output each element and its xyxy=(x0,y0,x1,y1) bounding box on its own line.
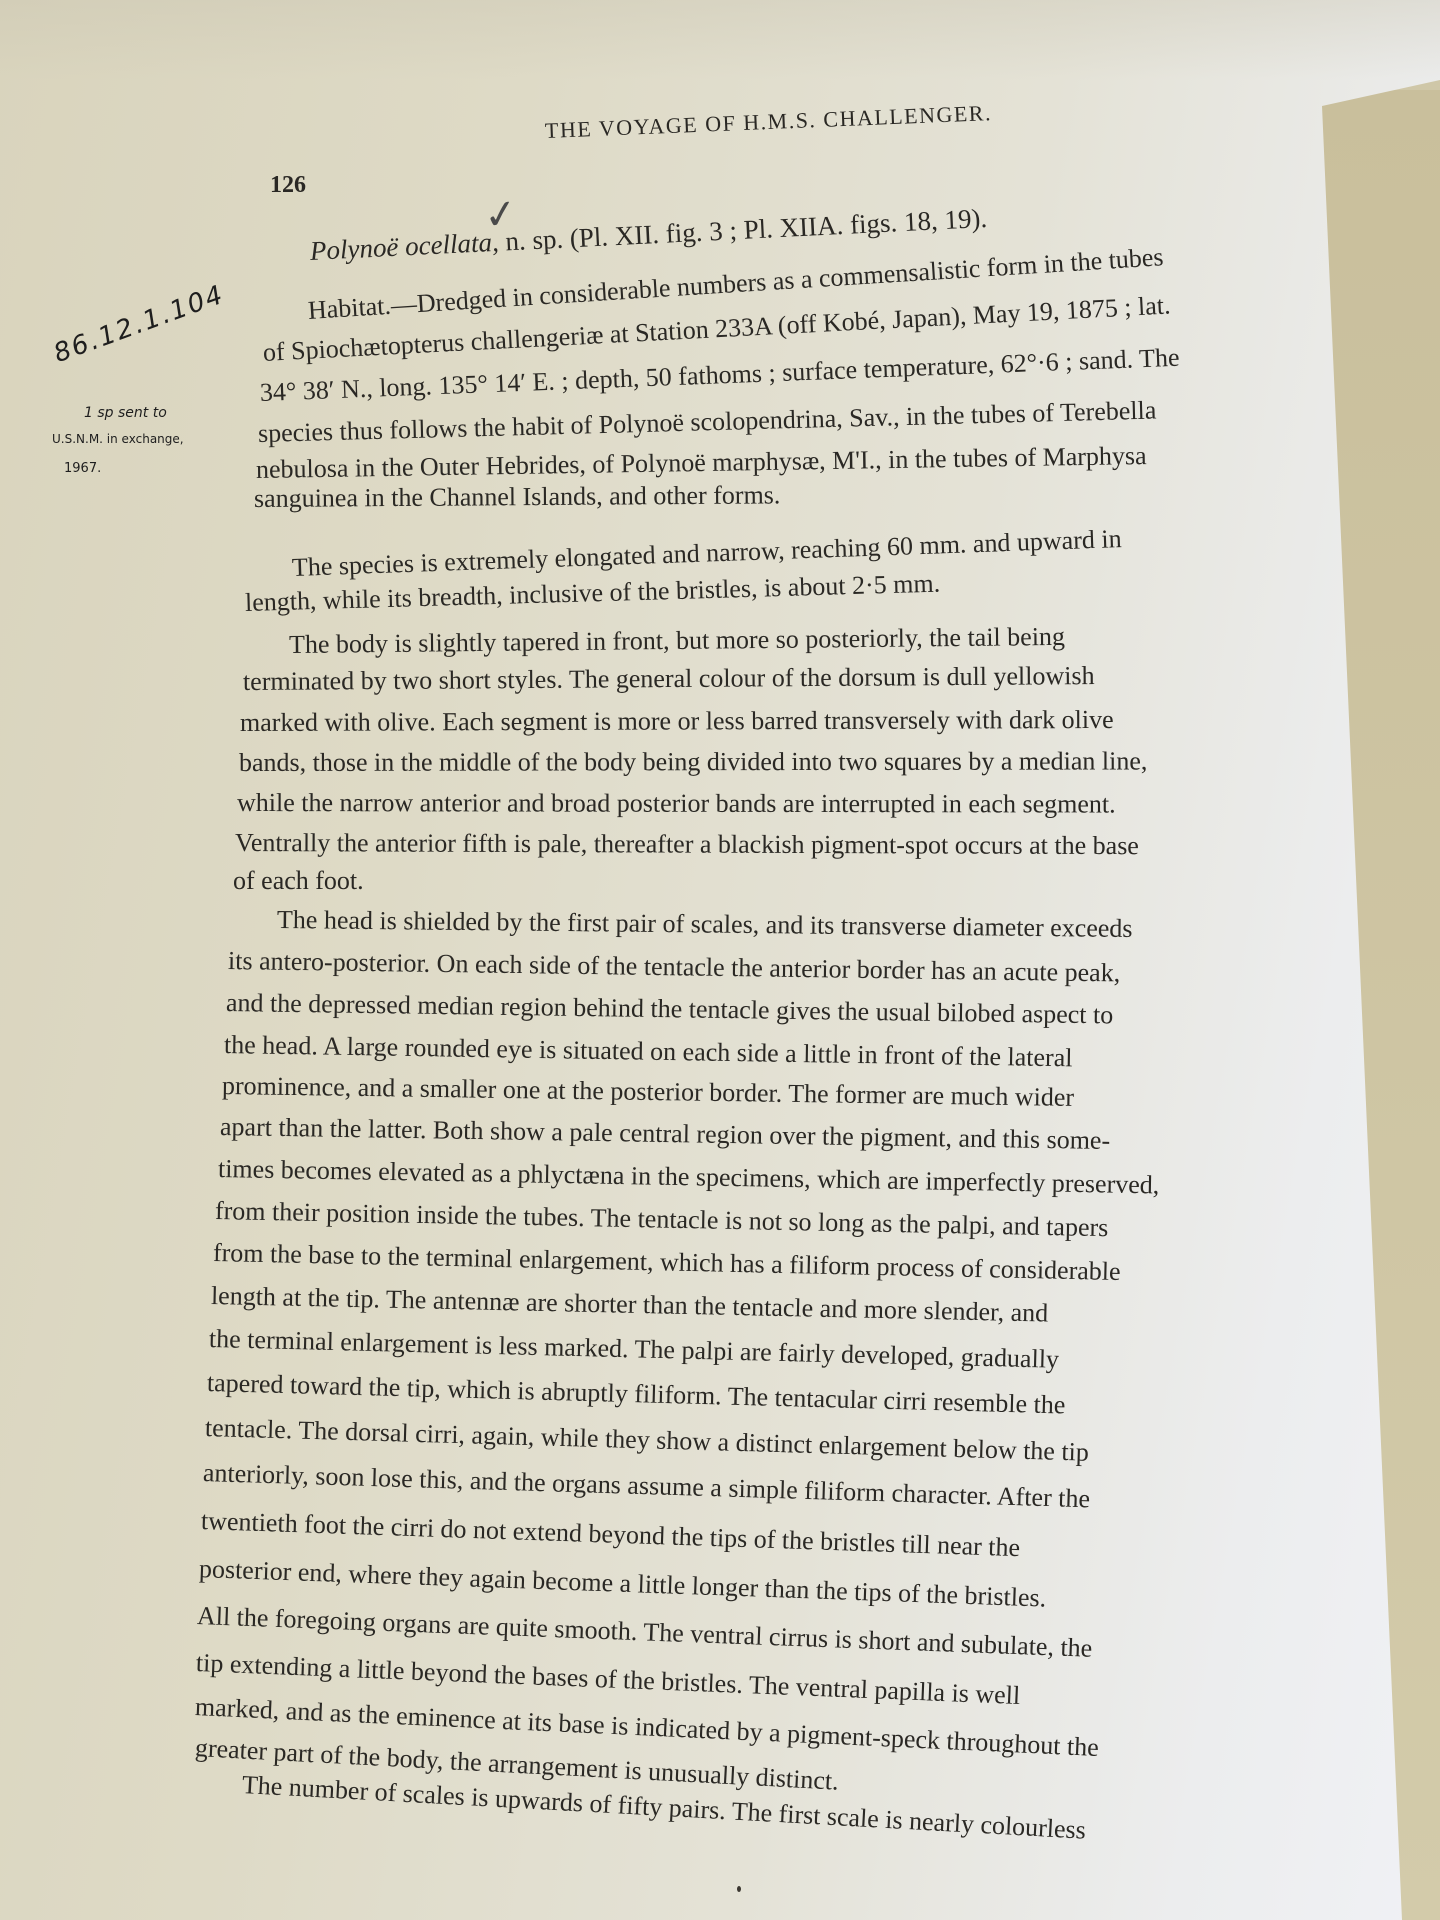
handwritten-note-line: 1967. xyxy=(64,461,101,476)
text-line: The head is shielded by the first pair o… xyxy=(277,907,1133,942)
text-line: times becomes elevated as a phlyctæna in… xyxy=(218,1156,1160,1198)
handwritten-note-line: 1 sp sent to xyxy=(84,405,167,421)
plate-reference: n. sp. (Pl. XII. fig. 3 ; Pl. XIIA. figs… xyxy=(498,203,988,257)
text-line: tapered toward the tip, which is abruptl… xyxy=(207,1370,1066,1418)
text-line: while the narrow anterior and broad post… xyxy=(237,790,1116,818)
text-line: prominence, and a smaller one at the pos… xyxy=(222,1073,1074,1111)
text-line: apart than the latter. Both show a pale … xyxy=(220,1114,1111,1154)
text-line: of each foot. xyxy=(233,868,364,894)
running-head: THE VOYAGE OF H.M.S. CHALLENGER. xyxy=(544,100,992,144)
text-line: twentieth foot the cirri do not extend b… xyxy=(201,1508,1021,1561)
paper-speck xyxy=(737,1886,741,1892)
text-line: bands, those in the middle of the body b… xyxy=(239,748,1147,776)
book-page: THE VOYAGE OF H.M.S. CHALLENGER. 126 ✓ 8… xyxy=(0,0,1440,1920)
handwritten-register-number: 86.12.1.104 xyxy=(50,280,229,369)
text-line: sanguinea in the Channel Islands, and ot… xyxy=(254,482,781,512)
handwritten-note-line: U.S.N.M. in exchange, xyxy=(52,432,184,446)
text-line: the terminal enlargement is less marked.… xyxy=(209,1326,1060,1373)
text-line: length at the tip. The antennæ are short… xyxy=(211,1283,1049,1327)
species-name: Polynoë ocellata, xyxy=(309,227,499,266)
text-line: tentacle. The dorsal cirri, again, while… xyxy=(205,1415,1090,1466)
text-line: The body is slightly tapered in front, b… xyxy=(289,624,1065,658)
text-line: from their position inside the tubes. Th… xyxy=(215,1198,1109,1241)
text-line: anteriorly, soon lose this, and the orga… xyxy=(203,1460,1091,1512)
text-line: from the base to the terminal enlargemen… xyxy=(213,1240,1121,1285)
text-line: marked with olive. Each segment is more … xyxy=(240,707,1114,736)
text-line: The species is extremely elongated and n… xyxy=(292,526,1122,581)
text-line: terminated by two short styles. The gene… xyxy=(243,663,1095,695)
text-line: nebulosa in the Outer Hebrides, of Polyn… xyxy=(256,443,1147,483)
page-number: 126 xyxy=(270,172,306,199)
text-line: its antero-posterior. On each side of th… xyxy=(228,948,1121,986)
text-line: species thus follows the habit of Polyno… xyxy=(258,397,1157,447)
species-heading: Polynoë ocellata, n. sp. (Pl. XII. fig. … xyxy=(309,205,987,265)
text-line: posterior end, where they again become a… xyxy=(199,1556,1047,1612)
text-line: the head. A large rounded eye is situate… xyxy=(224,1032,1073,1071)
text-line: and the depressed median region behind t… xyxy=(226,990,1114,1028)
text-line: Ventrally the anterior fifth is pale, th… xyxy=(235,830,1139,859)
